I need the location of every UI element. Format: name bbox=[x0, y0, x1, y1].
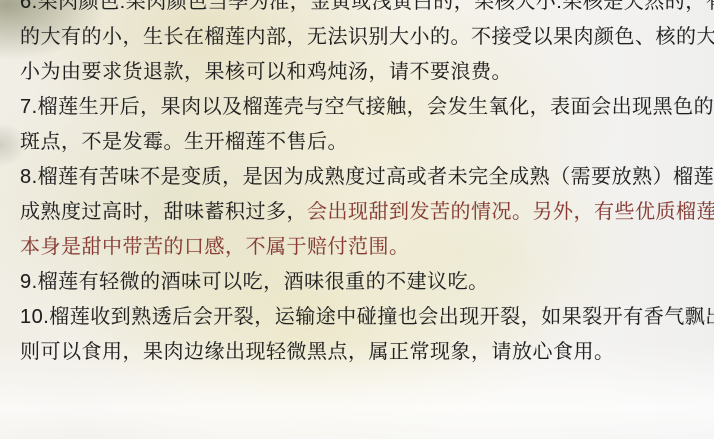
note-text-segment: 则可以食用，果肉边缘出现轻微黑点，属正常现象，请放心食用。 bbox=[20, 341, 615, 363]
note-text-segment: 6.果肉颜色:果肉颜色当季为准，金黄或浅黄白的，果核大小:果核是天然的，有 bbox=[20, 0, 714, 13]
note-text-segment: 小为由要求货退款，果核可以和鸡炖汤，请不要浪费。 bbox=[20, 61, 512, 83]
note-text-segment: 斑点，不是发霉。生开榴莲不售后。 bbox=[20, 131, 348, 153]
note-text-segment: 7.榴莲生开后，果肉以及榴莲壳与空气接触，会发生氧化，表面会出现黑色的 bbox=[20, 96, 714, 118]
note-text-segment: 会出现甜到发苦的情况。另外，有些优质榴莲 bbox=[307, 201, 714, 223]
note-line: 10.榴莲收到熟透后会开裂，运输途中碰撞也会出现开裂，如果裂开有香气飘出 bbox=[20, 300, 704, 335]
note-line: 9.榴莲有轻微的酒味可以吃，酒味很重的不建议吃。 bbox=[20, 265, 704, 300]
product-description-page: 6.果肉颜色:果肉颜色当季为准，金黄或浅黄白的，果核大小:果核是天然的，有的大有… bbox=[0, 0, 714, 439]
purchase-notes: 6.果肉颜色:果肉颜色当季为准，金黄或浅黄白的，果核大小:果核是天然的，有的大有… bbox=[20, 0, 704, 370]
note-line: 本身是甜中带苦的口感，不属于赔付范围。 bbox=[20, 230, 704, 265]
note-line: 成熟度过高时，甜味蓄积过多，会出现甜到发苦的情况。另外，有些优质榴莲 bbox=[20, 195, 704, 230]
note-line: 则可以食用，果肉边缘出现轻微黑点，属正常现象，请放心食用。 bbox=[20, 335, 704, 370]
note-text-segment: 的大有的小，生长在榴莲内部，无法识别大小的。不接受以果肉颜色、核的大 bbox=[20, 26, 714, 48]
note-text-segment: 本身是甜中带苦的口感，不属于赔付范围。 bbox=[20, 236, 410, 258]
note-line: 小为由要求货退款，果核可以和鸡炖汤，请不要浪费。 bbox=[20, 55, 704, 90]
note-line: 8.榴莲有苦味不是变质，是因为成熟度过高或者未完全成熟（需要放熟）榴莲 bbox=[20, 160, 704, 195]
note-line: 的大有的小，生长在榴莲内部，无法识别大小的。不接受以果肉颜色、核的大 bbox=[20, 20, 704, 55]
note-line: 7.榴莲生开后，果肉以及榴莲壳与空气接触，会发生氧化，表面会出现黑色的 bbox=[20, 90, 704, 125]
note-text-segment: 8.榴莲有苦味不是变质，是因为成熟度过高或者未完全成熟（需要放熟）榴莲 bbox=[20, 166, 714, 188]
note-line: 斑点，不是发霉。生开榴莲不售后。 bbox=[20, 125, 704, 160]
note-text-segment: 10.榴莲收到熟透后会开裂，运输途中碰撞也会出现开裂，如果裂开有香气飘出 bbox=[20, 306, 714, 328]
note-text-segment: 9.榴莲有轻微的酒味可以吃，酒味很重的不建议吃。 bbox=[20, 271, 489, 293]
note-text-segment: 成熟度过高时，甜味蓄积过多， bbox=[20, 201, 307, 223]
note-line: 6.果肉颜色:果肉颜色当季为准，金黄或浅黄白的，果核大小:果核是天然的，有 bbox=[20, 0, 704, 20]
